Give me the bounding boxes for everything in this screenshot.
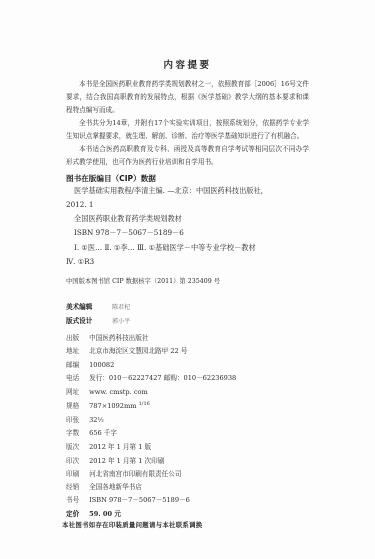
pub-label: 规格 (66, 400, 87, 410)
price-value: 59. 00 元 (89, 510, 121, 518)
quality-notice: 本社图书如存在印装质量问题请与本社联系调换 (62, 520, 203, 529)
pub-value: ISBN 978－7－5067－5189－6 (89, 496, 190, 504)
pub-label: 定价 (66, 508, 87, 518)
pub-value: 全国各地新华书店 (89, 483, 142, 491)
pub-value: 2012 年 1 月第 1 次印刷 (89, 457, 164, 465)
pub-value: 100082 (89, 361, 114, 369)
pub-label: 印张 (66, 414, 87, 424)
pub-row-isbn: 书号 ISBN 978－7－5067－5189－6 (66, 494, 190, 504)
pub-value: 中国医药科技出版社 (89, 334, 148, 342)
pub-label: 版次 (66, 441, 87, 451)
pub-row-sheets: 印张 32½ (66, 414, 104, 424)
pub-value: 656 千字 (89, 429, 117, 437)
pub-label: 出版 (66, 332, 87, 342)
pub-row-edition: 版次 2012 年 1 月第 1 版 (66, 441, 151, 451)
pub-value: 2012 年 1 月第 1 版 (89, 443, 151, 451)
pub-row-price: 定价 59. 00 元 (66, 508, 121, 518)
pub-row-website: 网址 www. cmstp. com (66, 386, 148, 396)
summary-paragraph-2: 全书共分为14章，并附有17个实验实训项目，按照系统划分，依据药学专业学生知识点… (66, 117, 309, 143)
copyright-page: 内容提要 本书是全国医药职业教育药学类规划教材之一，依照教育部［2006］16号… (0, 0, 375, 559)
cip-isbn-line: ISBN 978－7－5067－5189－6 (74, 228, 184, 238)
credit-value: 陈君杞 (112, 304, 130, 311)
pub-label: 印次 (66, 455, 87, 465)
cip-class-code-line: Ⅳ. ①R3 (66, 257, 94, 266)
pub-value: 北京市海淀区文慧园北路甲 22 号 (89, 347, 187, 355)
cip-heading: 图书在版编目（CIP）数据 (66, 173, 156, 184)
pub-label: 邮编 (66, 359, 87, 369)
format-fraction: 1/16 (139, 401, 150, 407)
summary-title: 内容提要 (0, 57, 375, 71)
pub-row-printer: 印刷 河北省南宫市印刷有限责任公司 (66, 468, 181, 478)
pub-label: 书号 (66, 494, 87, 504)
pub-value: 发行：010－62227427 邮购：010－62236938 (89, 374, 236, 382)
pub-label: 网址 (66, 386, 87, 396)
pub-label: 印刷 (66, 468, 87, 478)
pub-label: 地址 (66, 345, 87, 355)
cip-classification-line: Ⅰ. ①医… Ⅱ. ①李… Ⅲ. ①基础医学－中等专业学校－教材 (74, 243, 256, 253)
credit-layout-design: 版式设计 郭小平 (66, 315, 130, 325)
pub-row-format: 规格 787×1092mm 1/16 (66, 400, 150, 410)
pub-label: 电话 (66, 372, 87, 382)
credit-art-editor: 美术编辑 陈君杞 (66, 301, 130, 311)
cip-title-line: 医学基础实用教程/李清主编. —北京：中国医药科技出版社， (74, 186, 268, 196)
pub-value: 787×1092mm (89, 402, 136, 410)
pub-label: 经销 (66, 481, 87, 491)
pub-row-postcode: 邮编 100082 (66, 359, 114, 369)
credit-label: 版式设计 (66, 315, 110, 325)
cip-record-number: 中国版本图书馆 CIP 数据核字（2011）第 235409 号 (66, 276, 220, 285)
summary-paragraph-3: 本书适合医药高职教育及专科、函授及高等教育自学考试等相同层次不同办学形式教学使用… (66, 143, 309, 169)
cip-date-line: 2012. 1 (66, 200, 93, 209)
credit-label: 美术编辑 (66, 301, 110, 311)
pub-row-distributor: 经销 全国各地新华书店 (66, 481, 142, 491)
pub-label: 字数 (66, 427, 87, 437)
cip-series-line: 全国医药职业教育药学类规划教材 (74, 214, 182, 224)
pub-value: 32½ (89, 416, 104, 424)
pub-row-printing: 印次 2012 年 1 月第 1 次印刷 (66, 455, 164, 465)
summary-paragraph-1: 本书是全国医药职业教育药学类规划教材之一，依照教育部［2006］16号文件要求，… (66, 78, 309, 117)
pub-value: 河北省南宫市印刷有限责任公司 (89, 470, 181, 478)
pub-row-phone: 电话 发行：010－62227427 邮购：010－62236938 (66, 372, 236, 382)
pub-row-word-count: 字数 656 千字 (66, 427, 117, 437)
pub-row-address: 地址 北京市海淀区文慧园北路甲 22 号 (66, 345, 187, 355)
pub-row-publisher: 出版 中国医药科技出版社 (66, 332, 148, 342)
credit-value: 郭小平 (112, 318, 130, 325)
website-link: www. cmstp. com (89, 388, 148, 396)
